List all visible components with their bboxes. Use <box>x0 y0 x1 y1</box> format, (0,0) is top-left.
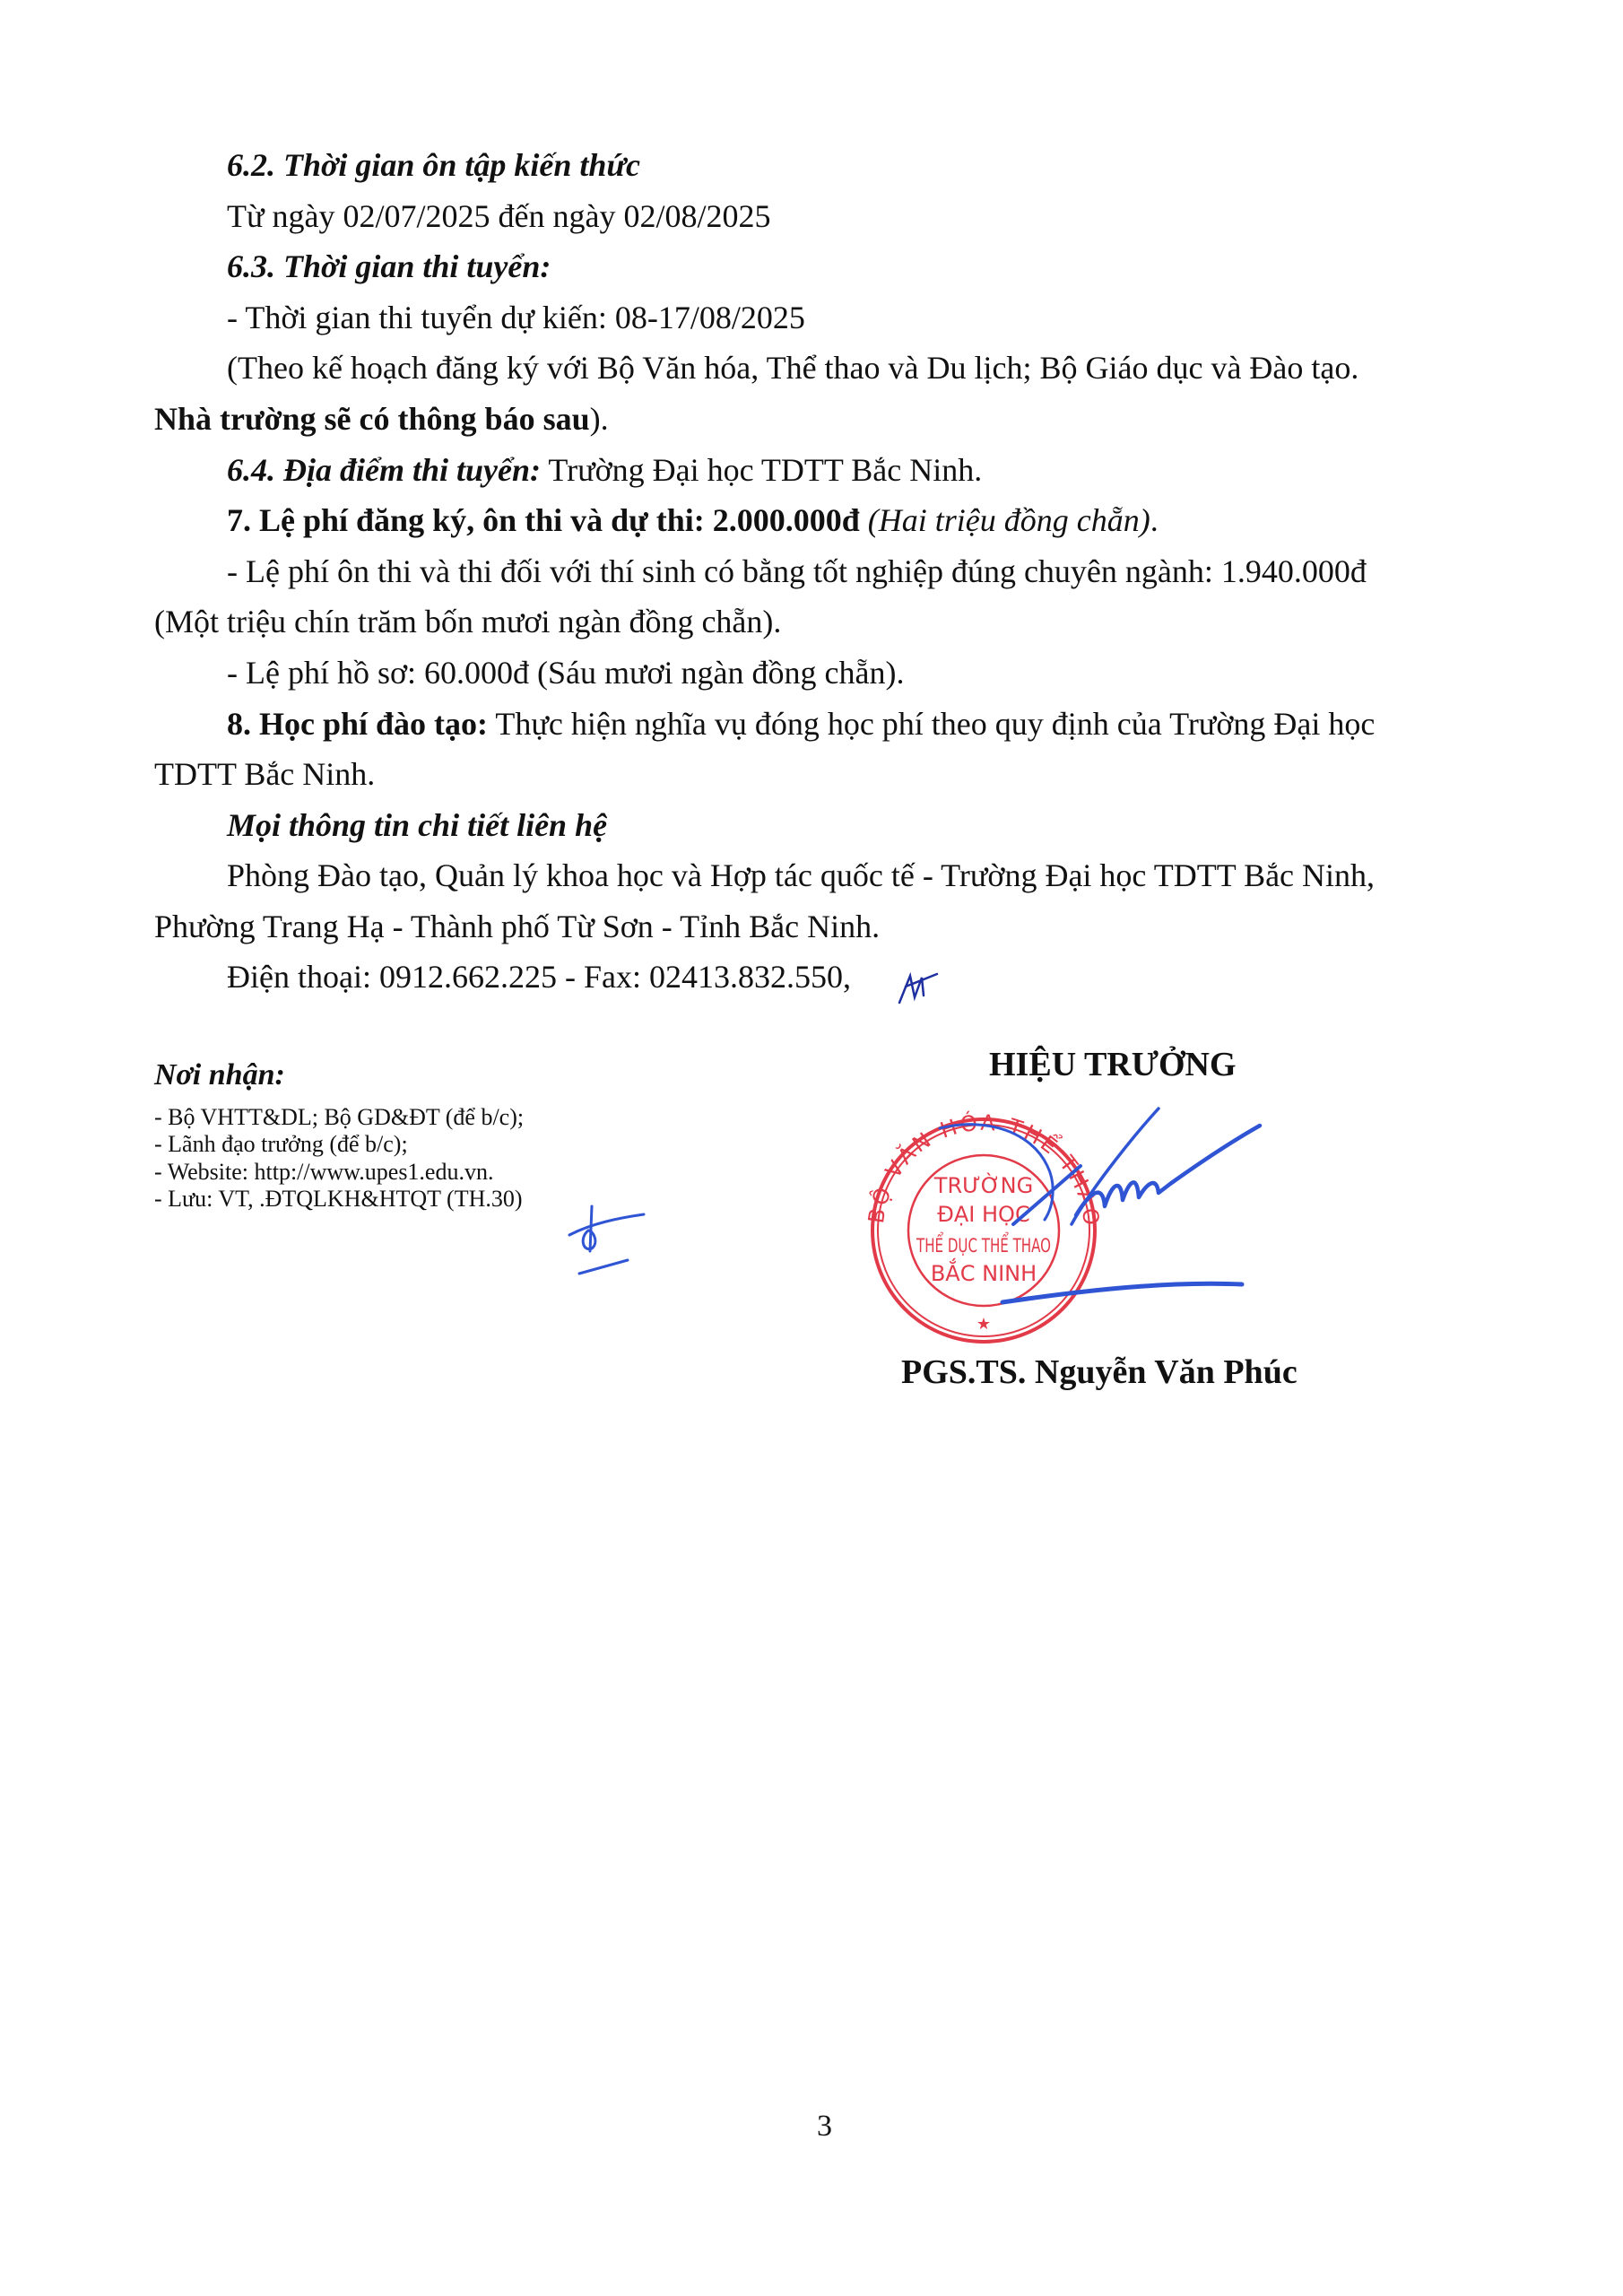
svg-text:TRƯỜNG: TRƯỜNG <box>933 1171 1033 1198</box>
fee-item-1: - Lệ phí ôn thi và thi đối với thí sinh … <box>227 555 1367 587</box>
page-number: 3 <box>817 2109 832 2144</box>
section-6-3-note: (Theo kế hoạch đăng ký với Bộ Văn hóa, T… <box>227 352 1358 384</box>
section-7-end: . <box>1150 502 1159 538</box>
signer-name: PGS.TS. Nguyễn Văn Phúc <box>901 1352 1298 1392</box>
recipient-item: - Website: http://www.upes1.edu.vn. <box>154 1161 493 1184</box>
contact-line-2: Phường Trang Hạ - Thành phố Từ Sơn - Tỉn… <box>154 910 880 943</box>
section-7-heading: 7. Lệ phí đăng ký, ôn thi và dự thi: 2.0… <box>227 502 860 538</box>
svg-text:ĐẠI HỌC: ĐẠI HỌC <box>937 1202 1029 1227</box>
section-6-2-text: Từ ngày 02/07/2025 đến ngày 02/08/2025 <box>227 200 770 232</box>
recipient-item: - Bộ VHTT&DL; Bộ GD&ĐT (để b/c); <box>154 1106 524 1129</box>
principal-signature-icon <box>940 1109 1260 1302</box>
section-6-2-heading: 6.2. Thời gian ôn tập kiến thức <box>227 149 640 181</box>
recipients-heading: Nơi nhận: <box>154 1060 285 1091</box>
stamp-star-icon: ★ <box>976 1315 991 1334</box>
svg-text:BẮC NINH: BẮC NINH <box>931 1257 1037 1286</box>
section-8: 8. Học phí đào tạo: Thực hiện nghĩa vụ đ… <box>227 708 1375 740</box>
section-6-3-heading: 6.3. Thời gian thi tuyển: <box>227 250 551 283</box>
official-stamp-icon <box>872 1119 1095 1342</box>
contact-line-1: Phòng Đào tạo, Quản lý khoa học và Hợp t… <box>227 859 1375 891</box>
section-8-text: Thực hiện nghĩa vụ đóng học phí theo quy… <box>488 706 1375 742</box>
initial-mark-icon <box>569 1206 644 1274</box>
fee-item-2: - Lệ phí hồ sơ: 60.000đ (Sáu mươi ngàn đ… <box>227 657 904 689</box>
svg-text:THỂ DỤC THỂ THAO: THỂ DỤC THỂ THAO <box>916 1232 1051 1257</box>
initial-mark-icon <box>899 974 937 1003</box>
section-8-heading: 8. Học phí đào tạo: <box>227 706 488 742</box>
fee-item-1-cont: (Một triệu chín trăm bốn mươi ngàn đồng … <box>154 605 781 638</box>
section-6-3-note-cont: Nhà trường sẽ có thông báo sau). <box>154 403 609 435</box>
recipient-item: - Lưu: VT, .ĐTQLKH&HTQT (TH.30) <box>154 1187 523 1211</box>
contact-phone: Điện thoại: 0912.662.225 - Fax: 02413.83… <box>227 961 851 993</box>
signer-title: HIỆU TRƯỞNG <box>989 1045 1237 1084</box>
contact-heading: Mọi thông tin chi tiết liên hệ <box>227 809 607 841</box>
section-6-4-heading: 6.4. Địa điểm thi tuyển: <box>227 452 541 488</box>
section-6-3-text: - Thời gian thi tuyển dự kiến: 08-17/08/… <box>227 301 805 334</box>
notice-end: ). <box>590 401 609 437</box>
section-7: 7. Lệ phí đăng ký, ôn thi và dự thi: 2.0… <box>227 504 1159 536</box>
section-8-cont: TDTT Bắc Ninh. <box>154 758 375 790</box>
section-6-4: 6.4. Địa điểm thi tuyển: Trường Đại học … <box>227 454 982 486</box>
section-6-4-text: Trường Đại học TDTT Bắc Ninh. <box>541 452 982 488</box>
notice-bold: Nhà trường sẽ có thông báo sau <box>154 401 590 437</box>
recipient-item: - Lãnh đạo trưởng (để b/c); <box>154 1133 408 1156</box>
stamp-inner-text: TRƯỜNG ĐẠI HỌC THỂ DỤC THỂ THAO BẮC NINH <box>916 1171 1051 1286</box>
section-7-amount-words: (Hai triệu đồng chẵn) <box>860 502 1150 538</box>
